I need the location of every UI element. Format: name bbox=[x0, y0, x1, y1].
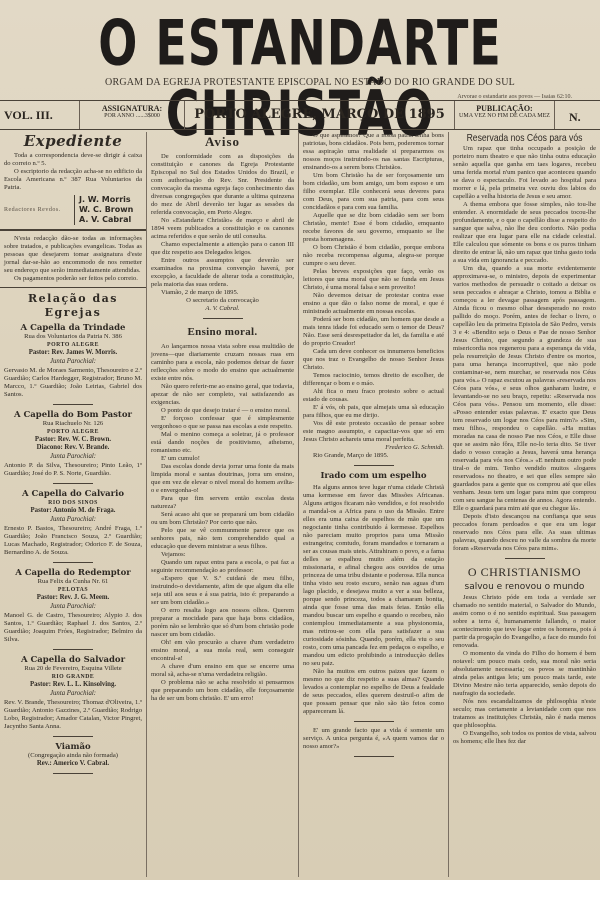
column-3: O que aspiramos? Que a nossa patria tenh… bbox=[299, 132, 449, 877]
paragraph: Mal o menino começa a soletrar, já o pro… bbox=[151, 431, 294, 455]
notice-paragraph: N'esta redacção dão-se todas as informaç… bbox=[4, 235, 142, 275]
church-name: A Capella do Calvario bbox=[4, 489, 142, 499]
paragraph: Oh! em vão procurão a chave d'um verdade… bbox=[151, 639, 294, 663]
church-deacon: Diacono: Rev. V. Brande. bbox=[4, 444, 142, 452]
paragraph: Chamo especialmente a attenção para o ca… bbox=[151, 241, 294, 257]
church-name: A Capella do Salvador bbox=[4, 655, 142, 665]
bottom-margin bbox=[0, 880, 600, 900]
church-pastor: Pastor: Antonio M. de Fraga. bbox=[4, 507, 142, 515]
paragraph: Ha alguns annos teve lugar n'uma cidade … bbox=[303, 484, 444, 668]
junta-members: Antonio P. da Silva, Thesoureiro; Pinto … bbox=[4, 462, 142, 478]
espelho-body: Ha alguns annos teve lugar n'uma cidade … bbox=[303, 484, 444, 716]
divider bbox=[0, 287, 146, 289]
column-4: Reservada nos Céos para vós Um rapaz que… bbox=[449, 132, 600, 877]
editors-list: J. W. Morris W. C. Brown A. V. Cabral bbox=[74, 195, 133, 225]
aviso-body: De conformidade com as disposições da co… bbox=[151, 153, 294, 289]
divider bbox=[53, 404, 93, 405]
paragraph: Das escolas donde devia jorrar uma fonte… bbox=[151, 463, 294, 495]
subscription-value: POR ANNO ......3$000 bbox=[80, 113, 184, 119]
junta-members: Manoel G. de Castro, Thesoureiro; Alypio… bbox=[4, 612, 142, 644]
paragraph: Depois d'isto descançou na confiança que… bbox=[453, 513, 596, 553]
paragraph: Cada um deve conhecer os innumeros benef… bbox=[303, 348, 444, 372]
paragraph: O problema não se acha resolvido si pens… bbox=[151, 679, 294, 703]
churches-title: Relação das Egrejas bbox=[4, 292, 142, 320]
church-list: A Capella da TrindadeRua dos Voluntarios… bbox=[4, 323, 142, 731]
paragraph: Não devemos deixar de protestar contra e… bbox=[303, 292, 444, 316]
church-city: PORTO ALEGRE bbox=[4, 428, 142, 436]
paragraph: E' forçoso confessar que é simplesmente … bbox=[151, 415, 294, 431]
paragraph: Quando um rapaz entra para a escola, o p… bbox=[151, 559, 294, 575]
paragraph: O Evangelho, sob todos os pontos de vist… bbox=[453, 730, 596, 746]
church-city: RIO DOS SINOS bbox=[4, 499, 142, 507]
publication-label: PUBLICAÇÃO: bbox=[455, 104, 554, 113]
paragraph: «Espero que V. S.ª cuidará de meu filho,… bbox=[151, 575, 294, 607]
paragraph: Pelas breves exposições que faço, verão … bbox=[303, 268, 444, 292]
church-city: RIO GRANDE bbox=[4, 673, 142, 681]
volume-number: VOL. III. bbox=[0, 101, 80, 129]
paragraph: O momento da vinda do Filho do homem é b… bbox=[453, 650, 596, 698]
expediente-title: Expediente bbox=[4, 132, 142, 150]
divider bbox=[505, 558, 545, 559]
paragraph: O bom Christão é bom cidadão, porque emb… bbox=[303, 244, 444, 268]
aviso-title: Aviso bbox=[151, 134, 294, 150]
church-city: PORTO ALEGRE bbox=[4, 341, 142, 349]
aviso-dateline: Viamão, 2 de março de 1895. bbox=[151, 289, 294, 297]
church-pastor: Pastor: Rev. J. G. Meem. bbox=[4, 594, 142, 602]
church-pastor: Pastor: Rev. James W. Morris. bbox=[4, 349, 142, 357]
paragraph: Pelo que se vê communmente parece que os… bbox=[151, 527, 294, 551]
church-address: Rua Riachuelo Nr. 126 bbox=[4, 420, 142, 428]
divider bbox=[53, 483, 93, 484]
paragraph: Não ha muitos em outros paizes que fazem… bbox=[303, 668, 444, 716]
junta-label: Junta Parochial: bbox=[4, 516, 142, 524]
junta-label: Junta Parochial: bbox=[4, 453, 142, 461]
espelho-closing: E' um grande facto que a vida é somente … bbox=[303, 727, 444, 751]
masthead-subtitle: ORGAM DA EGREJA PROTESTANTE EPISCOPAL NO… bbox=[70, 77, 550, 88]
paragraph: Um rapaz que tinha occupado a posição de… bbox=[453, 145, 596, 201]
divider bbox=[354, 465, 394, 466]
reservada-body: Um rapaz que tinha occupado a posição de… bbox=[453, 145, 596, 553]
christianismo-subtitle: salvou e renovou o mundo bbox=[453, 583, 596, 591]
paragraph: Entre outros assumptos que deverão ser e… bbox=[151, 257, 294, 289]
church-name: A Capella do Bom Pastor bbox=[4, 410, 142, 420]
church-entry: A Capella do RedemptorRua Felix da Cunha… bbox=[4, 568, 142, 644]
church-name: A Capella do Redemptor bbox=[4, 568, 142, 578]
issue-number: N. bbox=[555, 101, 600, 129]
viamao-note: (Congregação ainda não formada) bbox=[4, 752, 142, 760]
junta-members: Gervasio M. de Moraes Sarmento, Thesoure… bbox=[4, 367, 142, 399]
viamao-pastor: Rev.: Americo V. Cabral. bbox=[4, 760, 142, 768]
paragraph: Vos dê este protesto occasião de pensar … bbox=[303, 420, 444, 444]
paragraph: Vejamos: bbox=[151, 551, 294, 559]
church-entry: A Capella da TrindadeRua dos Voluntarios… bbox=[4, 323, 142, 399]
paragraph: Um bom Christão ha de ser forçosamente u… bbox=[303, 172, 444, 212]
dateline: PORTO ALEGRE, MARÇO DE 1895 bbox=[185, 101, 455, 129]
paragraph: A thema embora que fosse simples, não to… bbox=[453, 201, 596, 265]
column-2: Aviso De conformidade com as disposições… bbox=[147, 132, 299, 877]
church-city: PELOTAS bbox=[4, 586, 142, 594]
editor-name: A. V. Cabral bbox=[79, 215, 133, 225]
church-address: Rua 20 de Fevereiro, Esquina Villete bbox=[4, 665, 142, 673]
church-pastor: Pastor: Rev. W. C. Brown. bbox=[4, 436, 142, 444]
reservada-title: Reservada nos Céos para vós bbox=[466, 134, 583, 142]
junta-members: Ernesto P. Bastos, Thesoureiro; André Fr… bbox=[4, 525, 142, 557]
paragraph: E' á vós, oh pais, que almejais uma sã e… bbox=[303, 404, 444, 420]
paragraph: Jesus Christo póde em toda a verdade ser… bbox=[453, 594, 596, 650]
info-bar: VOL. III. ASSIGNATURA: POR ANNO ......3$… bbox=[0, 100, 600, 130]
paragraph: Ahi fica o meu fraco protesto sobre o ac… bbox=[303, 388, 444, 404]
church-name: A Capella da Trindade bbox=[4, 323, 142, 333]
paragraph: Ao lançarmos nossa vista sobre essa mult… bbox=[151, 343, 294, 383]
paragraph: Para que fim servem então escolas desta … bbox=[151, 495, 294, 511]
paragraph: Aquelle que se diz bom cidadão sem ser b… bbox=[303, 212, 444, 244]
paragraph: Será acaso ahi que se preparará um bom c… bbox=[151, 511, 294, 527]
divider bbox=[53, 649, 93, 650]
editor-name: W. C. Brown bbox=[79, 205, 133, 215]
publication-value: UMA VEZ NO FIM DE CADA MEZ bbox=[455, 113, 554, 120]
church-entry: A Capella do SalvadorRua 20 de Fevereiro… bbox=[4, 655, 142, 731]
newspaper-page: O ESTANDARTE CHRISTÃO ORGAM DA EGREJA PR… bbox=[0, 0, 600, 880]
christianismo-title: O CHRISTIANISMO bbox=[453, 564, 596, 580]
paragraph: O que aspiramos? Que a nossa patria tenh… bbox=[303, 132, 444, 172]
paragraph: A chave d'um ensino em que se encerre um… bbox=[151, 663, 294, 679]
junta-label: Junta Parochial: bbox=[4, 690, 142, 698]
paragraph: O ponto de que desejo tratar é — o ensin… bbox=[151, 407, 294, 415]
editors-block: Redactores Revdos. J. W. Morris W. C. Br… bbox=[4, 195, 142, 225]
church-address: Rua dos Voluntarios da Patria N. 386 bbox=[4, 333, 142, 341]
paragraph: Poderá ser bom cidadão, um homem que des… bbox=[303, 316, 444, 348]
expediente-paragraph: Toda a correspondencia deve-se dirigir á… bbox=[4, 152, 142, 168]
divider bbox=[203, 318, 243, 319]
paragraph: De conformidade com as disposições da co… bbox=[151, 153, 294, 217]
divider bbox=[53, 736, 93, 737]
ensino-body: Ao lançarmos nossa vista sobre essa mult… bbox=[151, 343, 294, 703]
divider bbox=[0, 229, 146, 231]
paragraph: Não quero referir-me ao ensino geral, qu… bbox=[151, 383, 294, 407]
ensino-dateline: Rio Grande, Março de 1895. bbox=[303, 452, 444, 460]
divider bbox=[354, 721, 394, 722]
junta-members: Rev. V. Brande, Thesoureiro; Thomaz d'Ol… bbox=[4, 699, 142, 731]
publication-box: PUBLICAÇÃO: UMA VEZ NO FIM DE CADA MEZ bbox=[455, 101, 555, 129]
paragraph: Nós nos escandalizamos de philosophia n'… bbox=[453, 698, 596, 730]
editors-label: Redactores Revdos. bbox=[4, 206, 74, 214]
paragraph: Temos raciocinio, temos direito de escol… bbox=[303, 372, 444, 388]
column-1: Expediente Toda a correspondencia deve-s… bbox=[0, 132, 147, 877]
junta-label: Junta Parochial: bbox=[4, 358, 142, 366]
espelho-title: Irado com um espelho bbox=[303, 471, 444, 481]
editor-name: J. W. Morris bbox=[79, 195, 133, 205]
divider bbox=[53, 562, 93, 563]
subscription-label: ASSIGNATURA: bbox=[80, 104, 184, 113]
notice-paragraph: Os pagamentos poderão ser feitos pelo co… bbox=[4, 275, 142, 283]
church-entry: A Capella do CalvarioRIO DOS SINOSPastor… bbox=[4, 489, 142, 557]
ensino-body-continued: O que aspiramos? Que a nossa patria tenh… bbox=[303, 132, 444, 444]
ensino-title: Ensino moral. bbox=[151, 324, 294, 340]
divider bbox=[53, 773, 93, 774]
church-pastor: Pastor: Rev. L. L. Kinsolving. bbox=[4, 681, 142, 689]
paragraph: E' um cumulo! bbox=[151, 455, 294, 463]
divider bbox=[354, 756, 394, 757]
viamao-name: Viamão bbox=[4, 742, 142, 752]
ensino-signature: Frederico G. Schmidt. bbox=[303, 444, 444, 452]
paragraph: O erro resalta logo aos nossos olhos. Qu… bbox=[151, 607, 294, 639]
junta-label: Junta Parochial: bbox=[4, 603, 142, 611]
christianismo-body: Jesus Christo póde em toda a verdade ser… bbox=[453, 594, 596, 746]
aviso-signature-name: A. V. Cabral. bbox=[151, 305, 294, 313]
aviso-signature-role: O secretario da convocação bbox=[151, 297, 294, 305]
church-entry: A Capella do Bom PastorRua Riachuelo Nr.… bbox=[4, 410, 142, 478]
paragraph: Um dia, quando a sua morte evidentemente… bbox=[453, 265, 596, 513]
subscription-box: ASSIGNATURA: POR ANNO ......3$000 bbox=[80, 101, 185, 129]
church-address: Rua Felix da Cunha Nr. 61 bbox=[4, 578, 142, 586]
paragraph: No «Estandarte Christão» de março e abri… bbox=[151, 217, 294, 241]
expediente-paragraph: O escriptorio da redacção acha-se no edi… bbox=[4, 168, 142, 192]
